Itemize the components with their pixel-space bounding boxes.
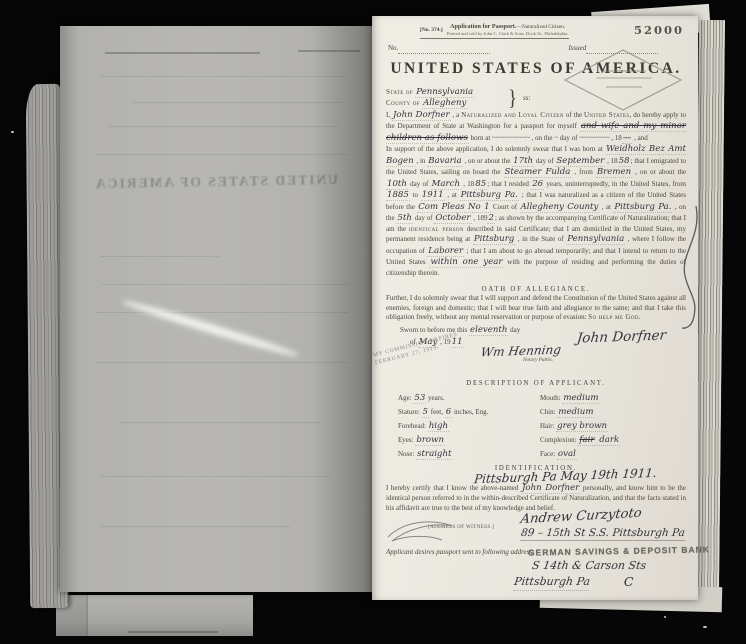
- text-segment: eleventh: [469, 325, 508, 336]
- text-segment: , at: [599, 203, 613, 211]
- text-segment: 5th: [396, 213, 412, 224]
- text-segment: 85: [474, 179, 487, 190]
- mailing-line-2-row: Pittsburgh Pa C: [514, 574, 686, 591]
- text-segment: , 18: [461, 180, 474, 188]
- text-segment: , at: [445, 191, 460, 199]
- witness-address: 89 – 15th St S.S. Pittsburgh Pa: [520, 526, 687, 541]
- oath-heading: OATH OF ALLEGIANCE.: [386, 285, 686, 294]
- text-segment: Laborer: [427, 246, 464, 257]
- text-segment: ; that I resided: [487, 180, 531, 188]
- text-segment: , from: [571, 168, 596, 176]
- venue-brace: }: [508, 84, 517, 113]
- affidavit-paragraph: In support of the above application, I d…: [386, 144, 686, 278]
- dust-speck: [664, 616, 666, 618]
- notary-row: My Commission Expires February 27, 1913.…: [386, 348, 686, 372]
- text-segment: , 189: [472, 214, 488, 222]
- pen-flourish: [672, 202, 702, 332]
- text-segment: , 18: [610, 134, 622, 142]
- text-segment: brown: [415, 435, 445, 446]
- text-segment: Eyes:: [398, 436, 415, 444]
- text-segment: Complexion:: [540, 436, 578, 444]
- passport-application-page: [No. 374.] Application for Passport.—Nat…: [372, 16, 698, 600]
- text-segment: So help me God.: [588, 313, 641, 321]
- text-segment: Bavaria: [427, 156, 462, 167]
- bleed-mark: [105, 52, 260, 54]
- form-header: [No. 374.] Application for Passport.—Nat…: [420, 23, 684, 39]
- text-segment: Com Pleas No 1: [417, 202, 490, 213]
- description-row-hair: Hair: grey brown: [540, 421, 682, 433]
- bleed-line: [120, 422, 320, 423]
- description-row-forehead: Forehead: high: [398, 421, 540, 433]
- text-segment: Steamer Fulda: [504, 167, 572, 178]
- text-segment: Pittsburg: [473, 234, 516, 245]
- text-segment: ~~~~~~~~~~: [492, 134, 530, 142]
- serial-number: 52000: [634, 23, 684, 38]
- notary-signature-block: Wm Henning Notary Public.: [481, 343, 561, 364]
- text-segment: 53: [413, 393, 426, 404]
- scanned-passport-application-photo: UNITED STATES OF AMERICA [No. 374.]: [0, 0, 746, 644]
- text-segment: , on or about the: [463, 157, 513, 165]
- dust-speck: [11, 131, 14, 133]
- mailing-row: Applicant desires passport sent to follo…: [386, 546, 686, 557]
- text-segment: Forehead:: [398, 422, 428, 430]
- text-segment: Face:: [540, 450, 557, 458]
- description-row-age: Age: 53 years.: [398, 393, 540, 405]
- text-segment: Mouth:: [540, 394, 562, 402]
- text-segment: October: [434, 213, 471, 224]
- text-segment: identical person: [409, 225, 464, 233]
- text-segment: , a: [451, 111, 462, 119]
- mailing-street: S 14th & Carson Sts: [531, 559, 647, 574]
- text-segment: oval: [557, 449, 577, 460]
- description-row-chin: Chin: medium: [540, 407, 682, 419]
- ruler-strip-divider: [86, 595, 88, 636]
- witness-left-area: [ADDRESS OF WITNESS.]: [386, 513, 521, 540]
- text-segment: Pittsburg Pa.: [613, 202, 672, 213]
- text-segment: grey brown: [556, 421, 608, 432]
- text-segment: , 18: [605, 157, 617, 165]
- text-segment: years, uninterruptedly, in the United St…: [544, 180, 686, 188]
- description-right-column: Mouth: medium Chin: medium Hair: grey br…: [540, 390, 682, 460]
- form-title: Application for Passport.—Naturalized Ci…: [447, 23, 569, 31]
- text-segment: feet,: [429, 408, 445, 416]
- c-mark: C: [624, 574, 634, 591]
- text-segment: 5: [422, 407, 429, 418]
- description-left-column: Age: 53 years. Stature: 5 feet, 6 inches…: [398, 390, 540, 460]
- text-segment: high: [428, 421, 449, 432]
- witness-row: [ADDRESS OF WITNESS.] Andrew Curzytoto 8…: [386, 513, 686, 540]
- bleed-line: [96, 362, 348, 363]
- text-segment: March: [431, 179, 461, 190]
- text-segment: Hair:: [540, 422, 556, 430]
- text-segment: 58: [618, 156, 631, 167]
- text-segment: ~~~~~~~~: [579, 134, 609, 142]
- text-segment: John Dorfner: [521, 483, 580, 494]
- description-columns: Age: 53 years. Stature: 5 feet, 6 inches…: [386, 390, 686, 460]
- pencil-flourish: [386, 513, 464, 543]
- form-title-note: —Naturalized Citizen.: [516, 24, 565, 30]
- description-row-face: Face: oval: [540, 449, 682, 461]
- bleed-line: [102, 284, 350, 285]
- applicant-signature: John Dorfner: [576, 327, 667, 350]
- text-segment: , on or about the: [632, 168, 686, 176]
- left-page: UNITED STATES OF AMERICA: [60, 26, 372, 592]
- bleed-line: [100, 526, 290, 527]
- text-segment: medium: [562, 393, 599, 404]
- venue-block: State of Pennsylvania County of Alleghen…: [386, 87, 586, 110]
- notary-signature: Wm Henning: [480, 342, 563, 361]
- text-segment: day: [508, 326, 520, 334]
- ruler-strip-mark: [128, 631, 218, 633]
- text-segment: , in: [415, 157, 428, 165]
- text-segment: dark: [595, 435, 620, 446]
- text-segment: Stature:: [398, 408, 422, 416]
- form-number: [No. 374.]: [420, 27, 443, 34]
- text-segment: Court of: [491, 203, 520, 211]
- text-segment: Pennsylvania: [415, 87, 474, 98]
- text-segment: Allegheny County: [520, 202, 600, 213]
- state-line: State of Pennsylvania: [386, 87, 586, 99]
- text-segment: to: [410, 191, 421, 199]
- bleed-line: [96, 312, 348, 313]
- bleed-line: [100, 76, 345, 77]
- text-segment: State of: [386, 88, 415, 96]
- text-segment: born at: [469, 134, 492, 142]
- ss-label: ss:: [523, 94, 531, 103]
- form-title-main: Application for Passport.: [450, 23, 516, 30]
- text-segment: years.: [426, 394, 444, 402]
- text-segment: September: [555, 156, 605, 167]
- printer-credit: Printed and sold by John C. Clark & Sons…: [447, 31, 569, 37]
- no-blank-line: [398, 46, 490, 54]
- description-row-complexion: Complexion: fair dark: [540, 435, 682, 447]
- text-segment: Pittsburg Pa.: [460, 190, 519, 201]
- witness-signature-block: Andrew Curzytoto 89 – 15th St S.S. Pitts…: [521, 513, 686, 540]
- form-header-titles: Application for Passport.—Naturalized Ci…: [447, 23, 569, 37]
- text-segment: —: [622, 133, 633, 144]
- text-segment: within one year: [429, 257, 503, 268]
- description-row-eyes: Eyes: brown: [398, 435, 540, 447]
- text-segment: , on the: [530, 134, 554, 142]
- form-header-box: [No. 374.] Application for Passport.—Nat…: [420, 23, 569, 39]
- description-row-stature: Stature: 5 feet, 6 inches, Eng.: [398, 407, 540, 419]
- text-segment: inches, Eng.: [452, 408, 488, 416]
- text-segment: fair: [578, 435, 595, 446]
- light-streak: [121, 297, 301, 360]
- text-segment: 1885: [386, 190, 410, 201]
- bleed-line: [132, 102, 342, 103]
- text-segment: 1911: [421, 190, 445, 201]
- text-segment: 10th: [386, 179, 408, 190]
- text-segment: Age:: [398, 394, 413, 402]
- county-line: County of Allegheny: [386, 98, 586, 110]
- mailing-address-label: Applicant desires passport sent to follo…: [386, 548, 534, 557]
- text-segment: 2: [487, 213, 494, 224]
- text-segment: 26: [531, 179, 544, 190]
- text-segment: day of: [558, 134, 579, 142]
- ruler-strip: [56, 595, 253, 636]
- text-segment: John Dorfner: [392, 110, 451, 121]
- text-segment: Pennsylvania: [566, 234, 625, 245]
- mailing-city: Pittsburgh Pa: [513, 575, 591, 591]
- sworn-line-1: Sworn to before me this eleventh day: [400, 325, 556, 337]
- text-segment: straight: [416, 449, 452, 460]
- text-segment: day of: [413, 214, 434, 222]
- text-segment: , and: [632, 134, 647, 142]
- mailing-line-1-row: S 14th & Carson Sts: [386, 557, 686, 574]
- description-row-nose: Nose: straight: [398, 449, 540, 461]
- description-heading: DESCRIPTION OF APPLICANT.: [386, 379, 686, 388]
- text-segment: Chin:: [540, 408, 557, 416]
- text-segment: Allegheny: [422, 98, 467, 109]
- bleed-line: [96, 154, 348, 155]
- application-intro-paragraph: I, John Dorfner , a Naturalized and Loya…: [386, 110, 686, 145]
- application-form: [No. 374.] Application for Passport.—Nat…: [372, 16, 698, 600]
- text-segment: medium: [557, 407, 594, 418]
- text-segment: , in the State of: [515, 235, 566, 243]
- text-segment: 17th: [512, 156, 534, 167]
- bleed-through-title: UNITED STATES OF AMERICA: [76, 172, 356, 193]
- text-segment: Nose:: [398, 450, 416, 458]
- text-segment: day of: [408, 180, 431, 188]
- no-label: No.: [388, 44, 398, 53]
- text-segment: In support of the above application, I d…: [386, 145, 605, 153]
- text-segment: day of: [534, 157, 555, 165]
- dust-speck: [703, 626, 707, 628]
- text-segment: County of: [386, 99, 422, 107]
- bleed-line: [108, 126, 338, 127]
- oath-paragraph: Further, I do solemnly swear that I will…: [386, 294, 686, 322]
- text-segment: Bremen: [596, 167, 632, 178]
- text-segment: Sworn to before me this: [400, 326, 469, 334]
- bleed-line: [100, 476, 330, 477]
- bleed-mark: [298, 50, 360, 52]
- description-row-mouth: Mouth: medium: [540, 393, 682, 405]
- bleed-line: [100, 256, 220, 257]
